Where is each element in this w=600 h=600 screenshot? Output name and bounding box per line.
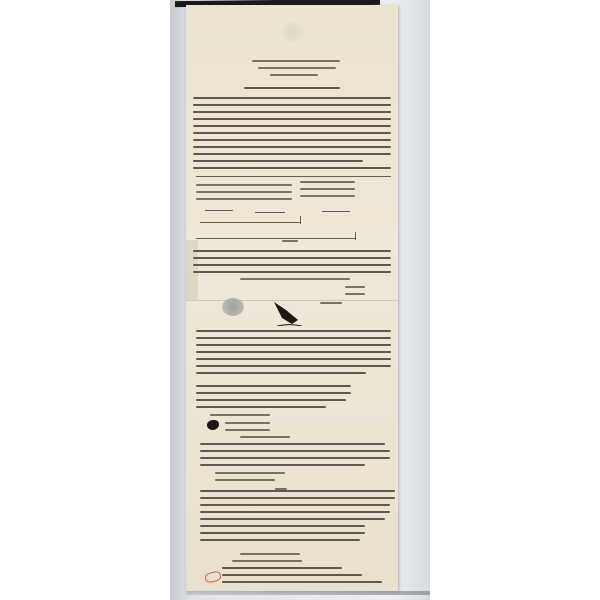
signature-note: [320, 302, 342, 304]
faint-seal-icon: [282, 22, 304, 42]
paper-fold: [186, 240, 198, 300]
tughra-signature-icon: [272, 300, 302, 326]
seal-stamp-icon: [222, 298, 244, 316]
bottom-shadow: [186, 591, 430, 595]
